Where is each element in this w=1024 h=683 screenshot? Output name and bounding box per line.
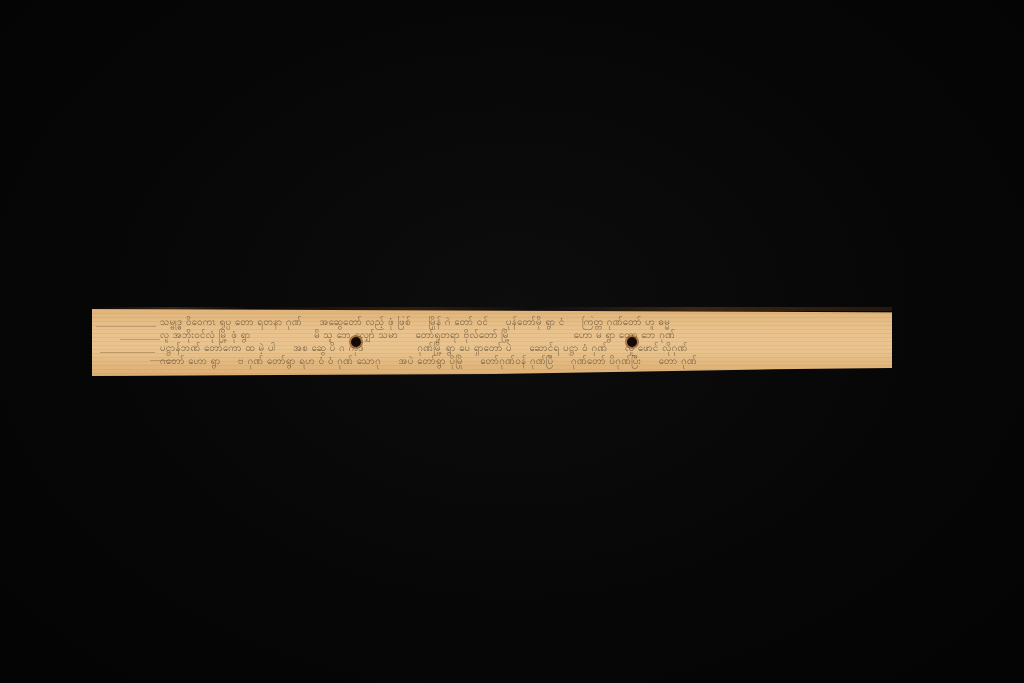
ruling-line <box>100 352 155 353</box>
text-segment: ကြတ္တ ဂုဏ်တော် ဟူ ဓမ္မ <box>582 316 670 329</box>
text-segment: ပဋ္ဌာန်ဘဏ် တော်ကော ထ မဲ့ ပါ <box>160 342 276 355</box>
text-segment: တော်ရှုတရာ ဗိုလ်တော် မြို့ <box>416 329 511 342</box>
ruling-line <box>120 339 160 340</box>
binding-hole-left <box>351 337 361 347</box>
text-segment: ဂုဏ်မြို့ ရွာ ပေ ရှာတော် ပဲ <box>417 342 512 355</box>
text-segment: ပုန်တော်မို ရွာ ငံ <box>506 316 565 329</box>
ruling-line <box>96 326 156 327</box>
text-segment: ဆောင်ရ ပဋ္ဌာ ဝံ ဂုဏ် <box>529 342 607 355</box>
text-line-3: ပဋ္ဌာန်ဘဏ် တော်ကော ထ မဲ့ ပါ အစ ဆွေ ပိ ဂ … <box>160 342 850 355</box>
text-segment: ဟော မ ရွာ တော ဘေ ဂုဏ် <box>574 329 676 342</box>
text-segment: လူ အဘိုးဝင်လုံ မြို့ ဖုံ ရွာ <box>160 329 251 342</box>
text-segment: တော်ဂုဏ်ဝန် ဂုဏ်ပြီ <box>480 355 553 368</box>
manuscript-text: သမ္ဗုဒ္ဓ ဝိဝေကၤ ရုပ္ပ တော ရတနာ ဂုဏ် အဆွေ… <box>160 316 850 372</box>
text-line-4: ဂတော် ဟော ရွာ ဗ ဂုဏ် တော်ရွာ ရဟ ဝံ ဝံ ဂု… <box>160 355 850 368</box>
text-line-2: လူ အဘိုးဝင်လုံ မြို့ ဖုံ ရွာ မိ သူ ဘေ လျ… <box>160 329 850 342</box>
binding-hole-right <box>627 337 637 347</box>
text-segment: အပဲ တော်ရွာ ပိုမြို <box>399 355 463 368</box>
text-segment: သမ္ဗုဒ္ဓ ဝိဝေကၤ ရုပ္ပ တော ရတနာ ဂုဏ် <box>160 316 302 329</box>
text-line-1: သမ္ဗုဒ္ဓ ဝိဝေကၤ ရုပ္ပ တော ရတနာ ဂုဏ် အဆွေ… <box>160 316 850 329</box>
text-segment: မြိုန် ဂဲ တော် ဝင် <box>428 316 488 329</box>
text-segment: ဗ ဂုဏ် တော်ရွာ ရဟ ဝံ ဝံ ဂုဏ် သောဂု <box>238 355 381 368</box>
text-segment: ဂတော် ဟော ရွာ <box>160 355 221 368</box>
text-segment: ဂုဏ်တော် ပိဂုဏ်ပြီး <box>571 355 641 368</box>
text-segment: အဆွေတော် လည့် ဖုံ ဖြစ် <box>319 316 410 329</box>
text-segment: တော ဂုဏ် <box>659 355 697 368</box>
